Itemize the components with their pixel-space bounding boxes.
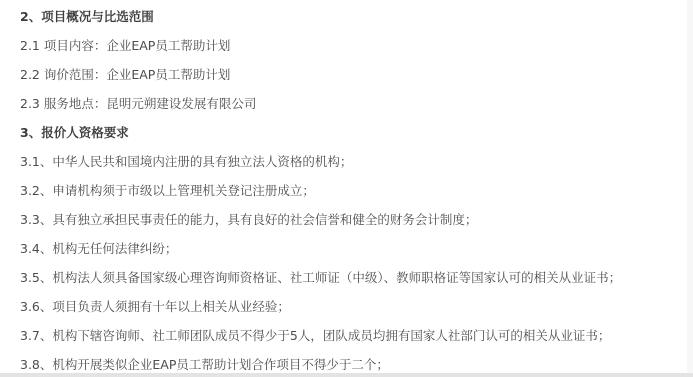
section-heading: 2、项目概况与比选范围	[20, 2, 679, 31]
section-project-overview: 2、项目概况与比选范围 2.1 项目内容：企业EAP员工帮助计划 2.2 询价范…	[20, 2, 679, 118]
requirement-line-3-7: 3.7、机构下辖咨询师、社工师团队成员不得少于5人，团队成员均拥有国家人社部门认…	[20, 321, 679, 350]
document-line-project-content: 2.1 项目内容：企业EAP员工帮助计划	[20, 31, 679, 60]
page-edge-shade-right	[687, 0, 693, 377]
section-heading: 3、报价人资格要求	[20, 118, 679, 147]
page-edge-shade-bottom	[0, 373, 693, 377]
document-line-service-location: 2.3 服务地点：昆明元朔建设发展有限公司	[20, 89, 679, 118]
section-bidder-qualifications: 3、报价人资格要求 3.1、中华人民共和国境内注册的具有独立法人资格的机构； 3…	[20, 118, 679, 377]
requirement-line-3-5: 3.5、机构法人须具备国家级心理咨询师资格证、社工师证（中级）、教师职格证等国家…	[20, 263, 679, 292]
requirement-line-3-6: 3.6、项目负责人须拥有十年以上相关从业经验；	[20, 292, 679, 321]
requirement-line-3-1: 3.1、中华人民共和国境内注册的具有独立法人资格的机构；	[20, 147, 679, 176]
document-body: 2、项目概况与比选范围 2.1 项目内容：企业EAP员工帮助计划 2.2 询价范…	[20, 2, 679, 377]
document-page: { "page": { "background_color": "#ffffff…	[0, 0, 693, 377]
document-line-inquiry-scope: 2.2 询价范围：企业EAP员工帮助计划	[20, 60, 679, 89]
requirement-line-3-4: 3.4、机构无任何法律纠纷；	[20, 234, 679, 263]
requirement-line-3-2: 3.2、申请机构须于市级以上管理机关登记注册成立；	[20, 176, 679, 205]
requirement-line-3-3: 3.3、具有独立承担民事责任的能力，具有良好的社会信誉和健全的财务会计制度；	[20, 205, 679, 234]
